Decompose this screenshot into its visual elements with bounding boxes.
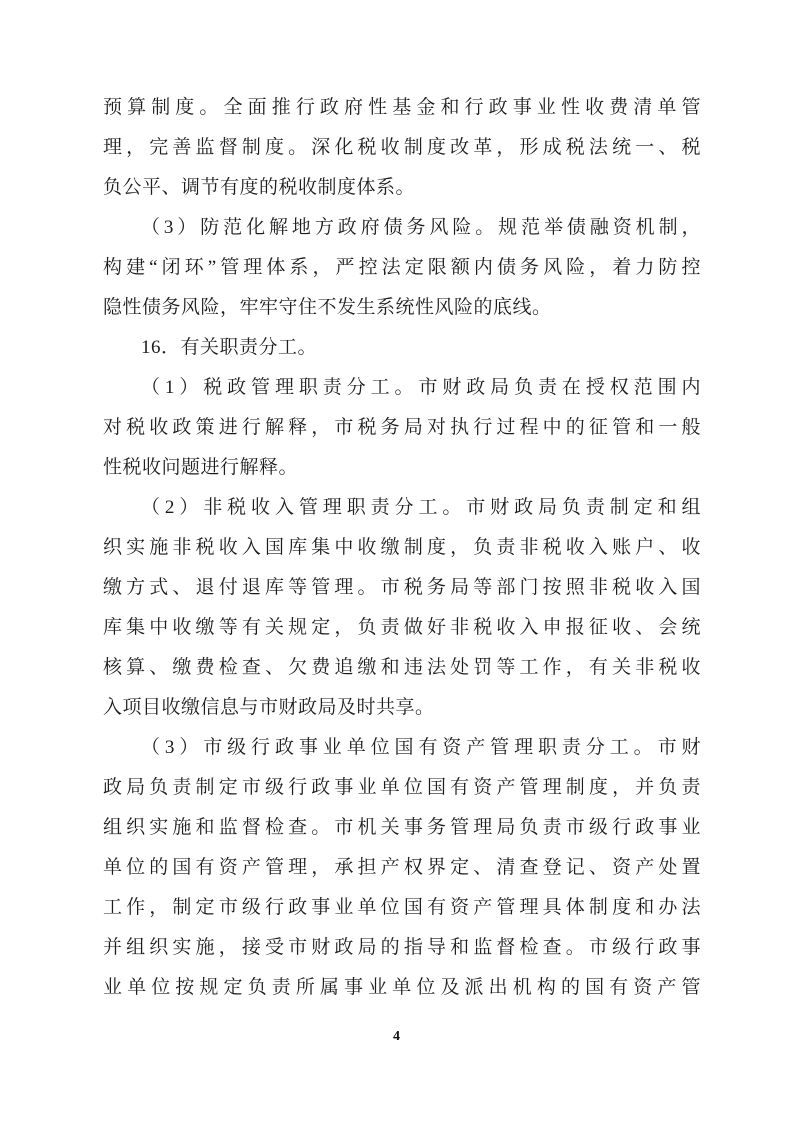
text-line: 库集中收缴等有关规定，负责做好非税收入申报征收、会统 [103, 608, 701, 648]
text-line: 入项目收缴信息与市财政局及时共享。 [103, 688, 701, 728]
text-line: （3）市级行政事业单位国有资产管理职责分工。市财 [103, 728, 701, 768]
text-line: 负公平、调节有度的税收制度体系。 [103, 168, 701, 208]
text-line: （1）税政管理职责分工。市财政局负责在授权范围内 [103, 368, 701, 408]
text-line: 缴方式、退付退库等管理。市税务局等部门按照非税收入国 [103, 568, 701, 608]
text-line: 业单位按规定负责所属事业单位及派出机构的国有资产管 [103, 968, 701, 1008]
paragraph-item-16-heading: 16．有关职责分工。 [103, 328, 701, 368]
page-number: 4 [0, 1026, 793, 1048]
text-line: 性税收问题进行解释。 [103, 448, 701, 488]
paragraph-debt-risk: （3）防范化解地方政府债务风险。规范举债融资机制， 构建“闭环”管理体系，严控法… [103, 208, 701, 328]
text-line: 工作，制定市级行政事业单位国有资产管理具体制度和办法 [103, 888, 701, 928]
text-line: 预算制度。全面推行政府性基金和行政事业性收费清单管 [103, 88, 701, 128]
paragraph-budget-system: 预算制度。全面推行政府性基金和行政事业性收费清单管 理，完善监督制度。深化税收制… [103, 88, 701, 208]
text-line: 构建“闭环”管理体系，严控法定限额内债务风险，着力防控 [103, 248, 701, 288]
text-line: （2）非税收入管理职责分工。市财政局负责制定和组 [103, 488, 701, 528]
paragraph-state-asset-duties: （3）市级行政事业单位国有资产管理职责分工。市财 政局负责制定市级行政事业单位国… [103, 728, 701, 1008]
text-line: 对税收政策进行解释，市税务局对执行过程中的征管和一般 [103, 408, 701, 448]
text-line: 16．有关职责分工。 [103, 328, 701, 368]
text-line: 理，完善监督制度。深化税收制度改革，形成税法统一、税 [103, 128, 701, 168]
text-line: 隐性债务风险，牢牢守住不发生系统性风险的底线。 [103, 288, 701, 328]
text-line: （3）防范化解地方政府债务风险。规范举债融资机制， [103, 208, 701, 248]
document-page: 预算制度。全面推行政府性基金和行政事业性收费清单管 理，完善监督制度。深化税收制… [0, 0, 793, 1122]
paragraph-tax-policy-duties: （1）税政管理职责分工。市财政局负责在授权范围内 对税收政策进行解释，市税务局对… [103, 368, 701, 488]
text-line: 组织实施和监督检查。市机关事务管理局负责市级行政事业 [103, 808, 701, 848]
text-line: 织实施非税收入国库集中收缴制度，负责非税收入账户、收 [103, 528, 701, 568]
paragraph-nontax-revenue-duties: （2）非税收入管理职责分工。市财政局负责制定和组 织实施非税收入国库集中收缴制度… [103, 488, 701, 728]
document-body: 预算制度。全面推行政府性基金和行政事业性收费清单管 理，完善监督制度。深化税收制… [103, 88, 701, 1008]
text-line: 单位的国有资产管理，承担产权界定、清查登记、资产处置 [103, 848, 701, 888]
text-line: 核算、缴费检查、欠费追缴和违法处罚等工作，有关非税收 [103, 648, 701, 688]
text-line: 并组织实施，接受市财政局的指导和监督检查。市级行政事 [103, 928, 701, 968]
text-line: 政局负责制定市级行政事业单位国有资产管理制度，并负责 [103, 768, 701, 808]
